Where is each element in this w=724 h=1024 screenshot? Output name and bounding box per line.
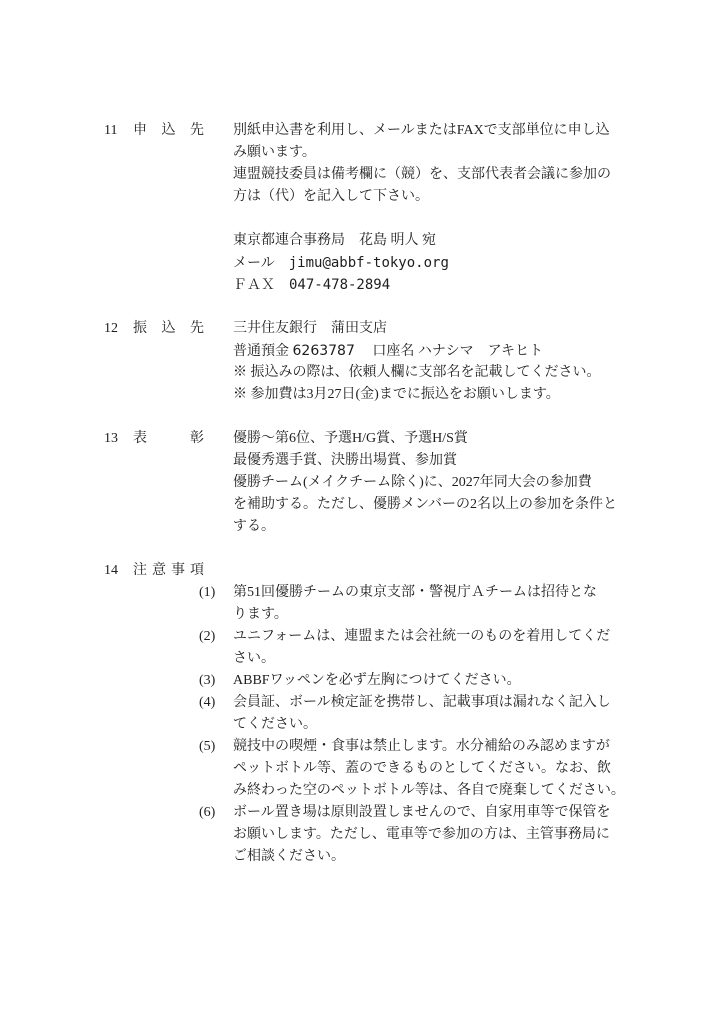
- section-number: 11: [104, 120, 117, 142]
- item-line: 競技中の喫煙・食事は禁止します。水分補給のみ認めますが: [233, 736, 610, 758]
- item-line: ユニフォームは、連盟または会社統一のものを着用してくだ: [233, 626, 610, 648]
- account-row: 普通預金 6263787 口座名 ハナシマ アキヒト: [233, 340, 543, 363]
- section-notes: 14 注意事項 (1) 第51回優勝チームの東京支部・警視庁Ａチームは招待とな …: [0, 560, 724, 868]
- section-bank-transfer: 12 振込先 三井住友銀行 蒲田支店 普通預金 6263787 口座名 ハナシマ…: [0, 318, 724, 406]
- note-item-2: (2) ユニフォームは、連盟または会社統一のものを着用してくだ さい。: [0, 626, 724, 670]
- section-label: 注意事項: [133, 560, 204, 582]
- item-line: ご相談ください。: [233, 846, 345, 868]
- section-awards: 13 表彰 優勝～第6位、予選H/G賞、予選H/S賞 最優秀選手賞、決勝出場賞、…: [0, 428, 724, 538]
- section-label: 表彰: [133, 428, 204, 450]
- item-marker: (3): [199, 670, 215, 692]
- body-line: 最優秀選手賞、決勝出場賞、参加賞: [233, 450, 457, 472]
- note-item-5: (5) 競技中の喫煙・食事は禁止します。水分補給のみ認めますが ペットボトル等、…: [0, 736, 724, 802]
- item-marker: (1): [199, 582, 215, 604]
- item-line: ABBFワッペンを必ず左胸につけてください。: [233, 670, 521, 692]
- contact-email-row: メールjimu@abbf-tokyo.org: [233, 252, 449, 275]
- item-marker: (6): [199, 802, 215, 824]
- account-name: 口座名 ハナシマ アキヒト: [372, 344, 543, 359]
- item-marker: (5): [199, 736, 215, 758]
- section-number: 14: [104, 560, 118, 582]
- note-item-3: (3) ABBFワッペンを必ず左胸につけてください。: [0, 670, 724, 692]
- contact-office: 東京都連合事務局 花島 明人 宛: [233, 230, 436, 252]
- document-page: 11 申込先 別紙申込書を利用し、メールまたはFAXで支部単位に申し込 み願いま…: [0, 120, 724, 868]
- item-line: み終わった空のペットボトル等は、各自で廃棄してください。: [233, 780, 625, 802]
- body-line: する。: [233, 516, 275, 538]
- item-marker: (2): [199, 626, 215, 648]
- contact-fax-row: ＦＡＸ047-478-2894: [233, 274, 390, 297]
- item-line: ペットボトル等、蓋のできるものとしてください。なお、飲: [233, 758, 611, 780]
- item-line: てください。: [233, 714, 317, 736]
- body-line: 優勝チーム(メイクチーム除く)に、2027年同大会の参加費: [233, 472, 592, 494]
- email-label: メール: [233, 256, 275, 271]
- body-line: 優勝～第6位、予選H/G賞、予選H/S賞: [233, 428, 468, 450]
- transfer-note: ※ 参加費は3月27日(金)までに振込をお願いします。: [233, 384, 560, 406]
- item-line: ります。: [233, 604, 288, 626]
- item-line: ボール置き場は原則設置しませんので、自家用車等で保管を: [233, 802, 610, 824]
- bank-name: 三井住友銀行 蒲田支店: [233, 318, 387, 340]
- transfer-note: ※ 振込みの際は、依頼人欄に支部名を記載してください。: [233, 362, 601, 384]
- section-number: 12: [104, 318, 118, 340]
- body-line: 方は（代）を記入して下さい。: [233, 186, 429, 208]
- body-line: を補助する。ただし、優勝メンバーの2名以上の参加を条件と: [233, 494, 617, 516]
- body-line: み願います。: [233, 142, 316, 164]
- note-item-6: (6) ボール置き場は原則設置しませんので、自家用車等で保管を お願いします。た…: [0, 802, 724, 868]
- body-line: 別紙申込書を利用し、メールまたはFAXで支部単位に申し込: [233, 120, 610, 142]
- note-item-4: (4) 会員証、ボール検定証を携帯し、記載事項は漏れなく記入し てください。: [0, 692, 724, 736]
- body-line: 連盟競技委員は備考欄に（競）を、支部代表者会議に参加の: [233, 164, 611, 186]
- fax-number: 047-478-2894: [289, 277, 390, 293]
- item-line: さい。: [233, 648, 275, 670]
- email-address[interactable]: jimu@abbf-tokyo.org: [289, 255, 449, 271]
- section-application: 11 申込先 別紙申込書を利用し、メールまたはFAXで支部単位に申し込 み願いま…: [0, 120, 724, 296]
- item-marker: (4): [199, 692, 215, 714]
- account-type: 普通預金: [233, 344, 289, 359]
- section-label: 申込先: [133, 120, 204, 142]
- note-item-1: (1) 第51回優勝チームの東京支部・警視庁Ａチームは招待とな ります。: [0, 582, 724, 626]
- item-line: 第51回優勝チームの東京支部・警視庁Ａチームは招待とな: [233, 582, 597, 604]
- account-number: 6263787: [293, 343, 355, 359]
- section-number: 13: [104, 428, 118, 450]
- item-line: 会員証、ボール検定証を携帯し、記載事項は漏れなく記入し: [233, 692, 611, 714]
- fax-label: ＦＡＸ: [233, 278, 275, 293]
- item-line: お願いします。ただし、電車等で参加の方は、主管事務局に: [233, 824, 610, 846]
- section-label: 振込先: [133, 318, 204, 340]
